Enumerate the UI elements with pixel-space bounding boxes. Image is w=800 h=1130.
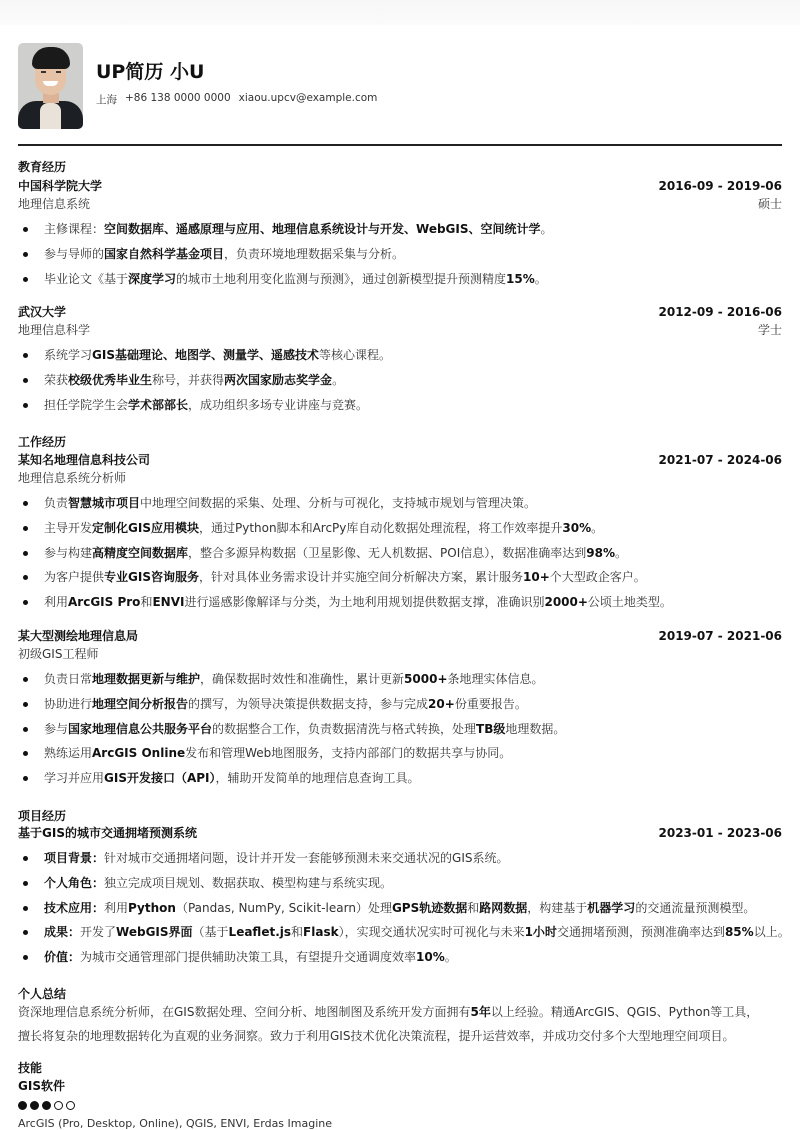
- company-name: 某知名地理信息科技公司: [18, 452, 150, 468]
- work-entry-subheader: 初级GIS工程师: [18, 646, 782, 662]
- header-divider: [18, 144, 782, 146]
- list-item: 价值：为城市交通管理部门提供辅助决策工具，有望提升交通调度效率10%。: [18, 949, 782, 974]
- phone: +86 138 0000 0000: [125, 92, 231, 107]
- school-name: 武汉大学: [18, 304, 66, 320]
- list-item: 成果：开发了WebGIS界面（基于Leaflet.js和Flask），实现交通状…: [18, 924, 782, 949]
- degree: 硕士: [758, 196, 782, 212]
- list-item: 负责智慧城市项目中地理空间数据的采集、处理、分析与可视化，支持城市规划与管理决策…: [18, 495, 782, 520]
- email: xiaou.upcv@example.com: [239, 92, 378, 107]
- summary-text: 资深地理信息系统分析师，在GIS数据处理、空间分析、地图制图及系统开发方面拥有5…: [18, 1000, 782, 1048]
- degree: 学士: [758, 322, 782, 338]
- company-name: 某大型测绘地理信息局: [18, 628, 138, 644]
- list-item: 系统学习GIS基础理论、地图学、测量学、遥感技术等核心课程。: [18, 347, 782, 372]
- work-entry-header: 某知名地理信息科技公司 2021-07 - 2024-06: [18, 452, 782, 468]
- candidate-name: UP简历 小U: [96, 60, 377, 84]
- education-entry-header: 武汉大学 2012-09 - 2016-06: [18, 304, 782, 320]
- bullet-list: 负责智慧城市项目中地理空间数据的采集、处理、分析与可视化，支持城市规划与管理决策…: [18, 495, 782, 619]
- list-item: 荣获校级优秀毕业生称号，并获得两次国家励志奖学金。: [18, 372, 782, 397]
- filled-dot-icon: [42, 1101, 51, 1110]
- skill-name: GIS软件: [18, 1077, 65, 1094]
- education-entry-subheader: 地理信息科学 学士: [18, 322, 782, 338]
- contact-line: 上海 +86 138 0000 0000 xiaou.upcv@example.…: [96, 92, 377, 107]
- date-range: 2021-07 - 2024-06: [659, 452, 783, 468]
- list-item: 毕业论文《基于深度学习的城市土地利用变化监测与预测》，通过创新模型提升预测精度1…: [18, 271, 782, 296]
- list-item: 参与构建高精度空间数据库，整合多源异构数据（卫星影像、无人机数据、POI信息），…: [18, 545, 782, 570]
- section-title-skills: 技能: [18, 1059, 42, 1076]
- filled-dot-icon: [30, 1101, 39, 1110]
- date-range: 2012-09 - 2016-06: [659, 304, 783, 320]
- work-entry-subheader: 地理信息系统分析师: [18, 470, 782, 486]
- list-item: 利用ArcGIS Pro和ENVI进行遥感影像解译与分类，为土地利用规划提供数据…: [18, 594, 782, 619]
- bullet-list: 项目背景：针对城市交通拥堵问题，设计并开发一套能够预测未来交通状况的GIS系统。…: [18, 850, 782, 974]
- education-entry-subheader: 地理信息系统 硕士: [18, 196, 782, 212]
- summary-line: 擅长将复杂的地理数据转化为直观的业务洞察。致力于利用GIS技术优化决策流程，提升…: [18, 1024, 782, 1048]
- resume-header: UP简历 小U 上海 +86 138 0000 0000 xiaou.upcv@…: [18, 43, 377, 129]
- list-item: 个人角色：独立完成项目规划、数据获取、模型构建与系统实现。: [18, 875, 782, 900]
- empty-dot-icon: [54, 1101, 63, 1110]
- work-entry-header: 某大型测绘地理信息局 2019-07 - 2021-06: [18, 628, 782, 644]
- list-item: 担任学院学生会学术部部长，成功组织多场专业讲座与竞赛。: [18, 397, 782, 422]
- list-item: 主修课程：空间数据库、遥感原理与应用、地理信息系统设计与开发、WebGIS、空间…: [18, 221, 782, 246]
- filled-dot-icon: [18, 1101, 27, 1110]
- list-item: 主导开发定制化GIS应用模块，通过Python脚本和ArcPy库自动化数据处理流…: [18, 520, 782, 545]
- section-title-work: 工作经历: [18, 433, 66, 450]
- date-range: 2016-09 - 2019-06: [659, 178, 783, 194]
- list-item: 协助进行地理空间分析报告的撰写，为领导决策提供数据支持，参与完成20+份重要报告…: [18, 696, 782, 721]
- location: 上海: [96, 92, 117, 107]
- bullet-list: 系统学习GIS基础理论、地图学、测量学、遥感技术等核心课程。荣获校级优秀毕业生称…: [18, 347, 782, 421]
- major: 地理信息系统: [18, 196, 90, 212]
- education-entry-header: 中国科学院大学 2016-09 - 2019-06: [18, 178, 782, 194]
- job-title: 初级GIS工程师: [18, 646, 98, 662]
- date-range: 2019-07 - 2021-06: [659, 628, 783, 644]
- section-title-education: 教育经历: [18, 158, 66, 175]
- job-title: 地理信息系统分析师: [18, 470, 126, 486]
- project-entry-header: 基于GIS的城市交通拥堵预测系统 2023-01 - 2023-06: [18, 825, 782, 841]
- major: 地理信息科学: [18, 322, 90, 338]
- skill-level-rating: [18, 1101, 75, 1110]
- list-item: 熟练运用ArcGIS Online发布和管理Web地图服务，支持内部部门的数据共…: [18, 745, 782, 770]
- list-item: 项目背景：针对城市交通拥堵问题，设计并开发一套能够预测未来交通状况的GIS系统。: [18, 850, 782, 875]
- bullet-list: 主修课程：空间数据库、遥感原理与应用、地理信息系统设计与开发、WebGIS、空间…: [18, 221, 782, 295]
- empty-dot-icon: [66, 1101, 75, 1110]
- section-title-projects: 项目经历: [18, 807, 66, 824]
- list-item: 为客户提供专业GIS咨询服务，针对具体业务需求设计并实施空间分析解决方案，累计服…: [18, 569, 782, 594]
- date-range: 2023-01 - 2023-06: [659, 825, 783, 841]
- skill-detail: ArcGIS (Pro, Desktop, Online), QGIS, ENV…: [18, 1117, 332, 1130]
- top-band: [0, 0, 800, 25]
- list-item: 负责日常地理数据更新与维护，确保数据时效性和准确性，累计更新5000+条地理实体…: [18, 671, 782, 696]
- avatar: [18, 43, 83, 129]
- list-item: 学习并应用GIS开发接口（API），辅助开发简单的地理信息查询工具。: [18, 770, 782, 795]
- list-item: 参与国家地理信息公共服务平台的数据整合工作，负责数据清洗与格式转换，处理TB级地…: [18, 721, 782, 746]
- project-name: 基于GIS的城市交通拥堵预测系统: [18, 825, 197, 841]
- bullet-list: 负责日常地理数据更新与维护，确保数据时效性和准确性，累计更新5000+条地理实体…: [18, 671, 782, 795]
- summary-line: 资深地理信息系统分析师，在GIS数据处理、空间分析、地图制图及系统开发方面拥有5…: [18, 1000, 782, 1024]
- list-item: 技术应用：利用Python（Pandas, NumPy, Scikit-lear…: [18, 900, 782, 925]
- school-name: 中国科学院大学: [18, 178, 102, 194]
- list-item: 参与导师的国家自然科学基金项目，负责环境地理数据采集与分析。: [18, 246, 782, 271]
